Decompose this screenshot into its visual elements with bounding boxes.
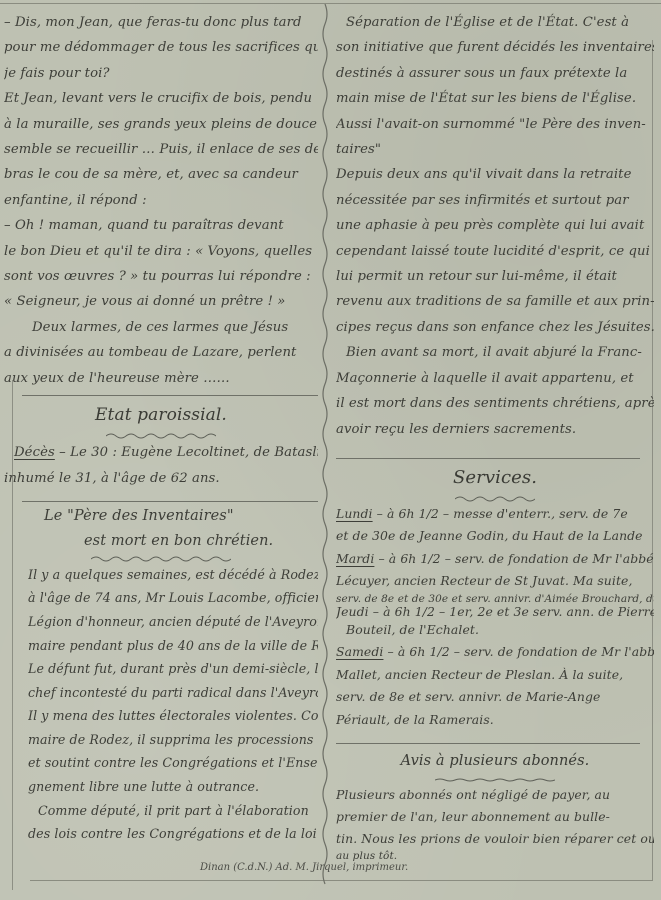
story-line: bras le cou de sa mère, et, avec sa cand…: [4, 162, 318, 187]
obituary-line: à l'âge de 74 ans, Mr Louis Lacombe, off…: [28, 586, 318, 610]
story-line: je fais pour toi?: [4, 61, 318, 86]
obituary-line: Depuis deux ans qu'il vivait dans la ret…: [336, 162, 654, 187]
obituary-line: Il y a quelques semaines, est décédé à R…: [28, 563, 318, 587]
service-entry-mardi: Mardi – à 6h 1/2 – serv. de fondation de…: [336, 548, 654, 571]
obituary-line: Séparation de l'Église et de l'État. C'e…: [336, 10, 654, 35]
services-list: Lundi – à 6h 1/2 – messe d'enterr., serv…: [336, 503, 654, 732]
service-text: – à 6h 1/2 – 1er, 2e et 3e serv. ann. de…: [373, 605, 654, 619]
story-line: a divinisées au tombeau de Lazare, perle…: [4, 340, 318, 365]
story-line: Et Jean, levant vers le crucifix de bois…: [4, 86, 318, 111]
story-line: le bon Dieu et qu'il te dira : « Voyons,…: [4, 239, 318, 264]
service-day: Jeudi: [336, 605, 369, 619]
deces-line: inhumé le 31, à l'âge de 62 ans.: [4, 466, 318, 491]
right-column: Séparation de l'Église et de l'État. C'e…: [336, 10, 654, 862]
service-text: – à 6h 1/2 – serv. de fondation de Mr l'…: [378, 551, 653, 566]
avis-heading: Avis à plusieurs abonnés.: [336, 746, 654, 776]
service-text: – à 6h 1/2 – messe d'enterr., serv. de 7…: [377, 506, 628, 521]
story-line: enfantine, il répond :: [4, 188, 318, 213]
heading-flourish: [435, 776, 555, 784]
service-entry-jeudi: Jeudi – à 6h 1/2 – 1er, 2e et 3e serv. a…: [336, 605, 654, 619]
obituary-line: destinés à assurer sous un faux prétexte…: [336, 61, 654, 86]
obituary-heading-line1: Le "Père des Inventaires": [4, 504, 318, 529]
service-entry-lundi: Lundi – à 6h 1/2 – messe d'enterr., serv…: [336, 503, 654, 526]
story-line: Deux larmes, de ces larmes que Jésus: [4, 315, 318, 340]
avis-section: Avis à plusieurs abonnés. Plusieurs abon…: [336, 746, 654, 862]
avis-body: Plusieurs abonnés ont négligé de payer, …: [336, 784, 654, 862]
obituary-line: main mise de l'État sur les biens de l'É…: [336, 86, 654, 111]
heading-flourish: [91, 555, 231, 563]
etat-paroissial-heading: Etat paroissial.: [4, 398, 318, 432]
obituary-section: Le "Père des Inventaires" est mort en bo…: [4, 504, 318, 846]
obituary-line: avoir reçu les derniers sacrements.: [336, 417, 654, 442]
deces-text: – Le 30 : Eugène Lecoltinet, de Bataslin: [59, 445, 318, 460]
section-rule: [336, 458, 640, 459]
story-line: – Oh ! maman, quand tu paraîtras devant: [4, 213, 318, 238]
story-line: sont vos œuvres ? » tu pourras lui répon…: [4, 264, 318, 289]
obituary-line: il est mort dans des sentiments chrétien…: [336, 391, 654, 416]
bottom-rule: [30, 880, 653, 881]
story-line: aux yeux de l'heureuse mère ……: [4, 366, 318, 391]
services-heading: Services.: [336, 461, 654, 495]
obituary-line: revenu aux traditions de sa famille et a…: [336, 289, 654, 314]
deces-label: Décès: [14, 445, 55, 460]
obituary-line: Il y mena des luttes électorales violent…: [28, 704, 318, 728]
obituary-line: maire de Rodez, il supprima les processi…: [28, 728, 318, 752]
obituary-line: cipes reçus dans son enfance chez les Jé…: [336, 315, 654, 340]
story-section: – Dis, mon Jean, que feras-tu donc plus …: [4, 10, 318, 391]
service-day: Samedi: [336, 644, 383, 659]
obituary-line: lui permit un retour sur lui-même, il ét…: [336, 264, 654, 289]
heading-flourish: [455, 495, 535, 503]
obituary-line: une aphasie à peu près complète qui lui …: [336, 213, 654, 238]
obituary-line: Bien avant sa mort, il avait abjuré la F…: [336, 340, 654, 365]
obituary-line: Comme député, il prit part à l'élaborati…: [28, 799, 318, 823]
obituary-line: et soutint contre les Congrégations et l…: [28, 751, 318, 775]
obituary-line: cependant laissé toute lucidité d'esprit…: [336, 239, 654, 264]
obituary-line: Aussi l'avait-on surnommé "le Père des i…: [336, 112, 654, 137]
avis-line: Plusieurs abonnés ont négligé de payer, …: [336, 784, 654, 806]
service-cont: Lécuyer, ancien Recteur de St Juvat. Ma …: [336, 570, 654, 593]
obituary-line: Le défunt fut, durant près d'un demi-siè…: [28, 657, 318, 681]
avis-line: au plus tôt.: [336, 850, 654, 862]
obituary-line: gnement libre une lutte à outrance.: [28, 775, 318, 799]
service-entry-samedi: Samedi – à 6h 1/2 – serv. de fondation d…: [336, 641, 654, 664]
services-section: Services. Lundi – à 6h 1/2 – messe d'ent…: [336, 461, 654, 732]
service-cont: et de 30e de Jeanne Godin, du Haut de la…: [336, 525, 654, 548]
service-day: Lundi: [336, 506, 373, 521]
obituary-line: Légion d'honneur, ancien député de l'Ave…: [28, 610, 318, 634]
bulletin-page: – Dis, mon Jean, que feras-tu donc plus …: [0, 0, 661, 900]
story-line: semble se recueillir … Puis, il enlace d…: [4, 137, 318, 162]
heading-flourish: [106, 432, 216, 440]
obituary-line: des lois contre les Congrégations et de …: [28, 822, 318, 846]
obituary-line: Maçonnerie à laquelle il avait appartenu…: [336, 366, 654, 391]
service-cont: Mallet, ancien Recteur de Pleslan. À la …: [336, 664, 654, 687]
left-column: – Dis, mon Jean, que feras-tu donc plus …: [4, 10, 318, 846]
section-rule: [336, 743, 640, 744]
service-text: – à 6h 1/2 – serv. de fondation de Mr l'…: [388, 644, 655, 659]
deces-entry: Décès – Le 30 : Eugène Lecoltinet, de Ba…: [4, 440, 318, 465]
obituary-line: nécessitée par ses infirmités et surtout…: [336, 188, 654, 213]
story-line: pour me dédommager de tous les sacrifice…: [4, 35, 318, 60]
story-line: à la muraille, ses grands yeux pleins de…: [4, 112, 318, 137]
obituary-heading-line2: est mort en bon chrétien.: [4, 529, 318, 554]
story-line: – Dis, mon Jean, que feras-tu donc plus …: [4, 10, 318, 35]
section-rule: [22, 501, 318, 502]
story-line: « Seigneur, je vous ai donné un prêtre !…: [4, 289, 318, 314]
section-rule: [22, 395, 318, 396]
service-cont: Périault, de la Ramerais.: [336, 709, 654, 732]
obituary-line: taires": [336, 137, 654, 162]
printer-colophon: Dinan (C.d.N.) Ad. M. Jirquel, imprimeur…: [200, 862, 408, 873]
service-insert: serv. de 8e et de 30e et serv. annivr. d…: [336, 593, 654, 605]
service-cont: serv. de 8e et serv. annivr. de Marie-An…: [336, 686, 654, 709]
etat-paroissial-section: Etat paroissial. Décès – Le 30 : Eugène …: [4, 398, 318, 491]
obituary-line: chef incontesté du parti radical dans l'…: [28, 681, 318, 705]
avis-line: tin. Nous les prions de vouloir bien rép…: [336, 828, 654, 850]
avis-line: premier de l'an, leur abonnement au bull…: [336, 806, 654, 828]
service-day: Mardi: [336, 551, 374, 566]
obituary-body: Il y a quelques semaines, est décédé à R…: [4, 563, 318, 846]
service-cont: Bouteil, de l'Echalet.: [336, 619, 654, 642]
wavy-column-divider: [318, 4, 332, 894]
obituary-line: son initiative que furent décidés les in…: [336, 35, 654, 60]
obituary-line: maire pendant plus de 40 ans de la ville…: [28, 634, 318, 658]
obituary-continued: Séparation de l'Église et de l'État. C'e…: [336, 10, 654, 442]
